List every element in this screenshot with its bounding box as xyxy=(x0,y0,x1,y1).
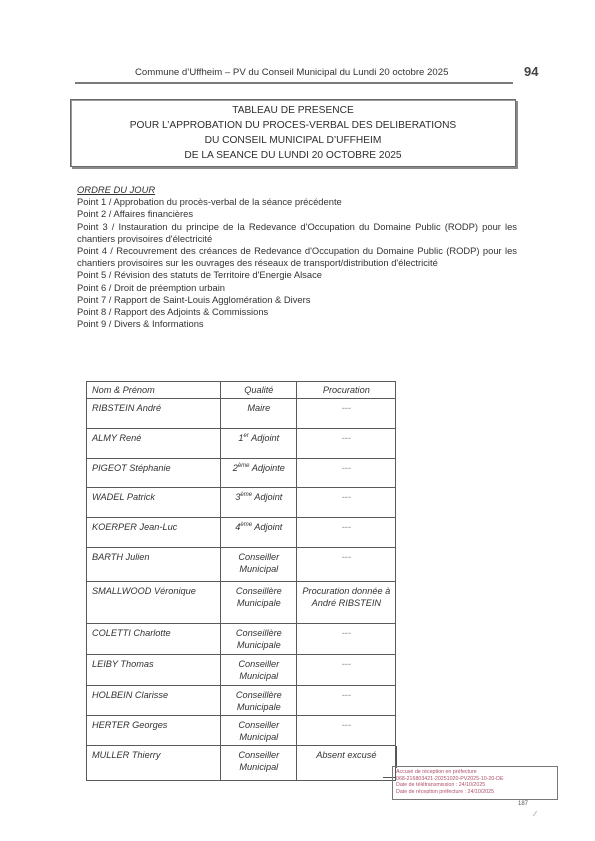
header-divider xyxy=(75,82,513,84)
qualite-rank-suffix: ème xyxy=(240,492,252,498)
folio-number: 187 xyxy=(518,801,528,807)
qualite-title: Conseiller Municipal xyxy=(238,552,279,574)
agenda-item: Point 6 / Droit de préemption urbain xyxy=(77,282,517,294)
member-procuration: --- xyxy=(296,429,395,459)
table-row: HERTER GeorgesConseiller Municipal--- xyxy=(87,716,396,746)
member-name: HERTER Georges xyxy=(87,716,221,746)
member-name: WADEL Patrick xyxy=(87,488,221,518)
member-name: HOLBEIN Clarisse xyxy=(87,686,221,716)
table-row: BARTH JulienConseiller Municipal--- xyxy=(87,548,396,582)
presence-table: Nom & Prénom Qualité Procuration RIBSTEI… xyxy=(86,381,396,781)
member-procuration: --- xyxy=(296,716,395,746)
qualite-title: Conseillère Municipale xyxy=(236,690,282,712)
agenda-title: ORDRE DU JOUR xyxy=(77,184,517,196)
member-procuration: --- xyxy=(296,686,395,716)
agenda-item: Point 4 / Recouvrement des créances de R… xyxy=(77,245,517,269)
qualite-title: Adjointe xyxy=(250,463,285,473)
table-row: SMALLWOOD VéroniqueConseillère Municipal… xyxy=(87,582,396,624)
table-row: RIBSTEIN AndréMaire--- xyxy=(87,399,396,429)
member-qualite: Conseiller Municipal xyxy=(220,716,296,746)
member-qualite: Conseillère Municipale xyxy=(220,624,296,655)
title-box: TABLEAU DE PRESENCE POUR L’APPROBATION D… xyxy=(70,99,516,167)
qualite-title: Conseillère Municipale xyxy=(236,628,282,650)
qualite-rank-suffix: ème xyxy=(240,522,252,528)
member-name: LEIBY Thomas xyxy=(87,655,221,686)
agenda-item: Point 5 / Révision des statuts de Territ… xyxy=(77,269,517,281)
member-name: SMALLWOOD Véronique xyxy=(87,582,221,624)
title-line: TABLEAU DE PRESENCE xyxy=(232,103,354,118)
member-name: MULLER Thierry xyxy=(87,746,221,781)
member-qualite: Conseiller Municipal xyxy=(220,655,296,686)
qualite-rank-suffix: ème xyxy=(238,463,250,469)
qualite-title: Conseiller Municipal xyxy=(238,720,279,742)
member-procuration: Procuration donnée à André RIBSTEIN xyxy=(296,582,395,624)
qualite-title: Adjoint xyxy=(252,492,282,502)
member-procuration: --- xyxy=(296,655,395,686)
agenda-item: Point 8 / Rapport des Adjoints & Commiss… xyxy=(77,306,517,318)
table-row: MULLER ThierryConseiller MunicipalAbsent… xyxy=(87,746,396,781)
table-row: LEIBY ThomasConseiller Municipal--- xyxy=(87,655,396,686)
prefecture-stamp: Accusé de réception en préfecture 068-21… xyxy=(392,766,558,800)
member-qualite: Conseiller Municipal xyxy=(220,548,296,582)
qualite-title: Conseillère Municipale xyxy=(236,586,282,608)
member-name: COLETTI Charlotte xyxy=(87,624,221,655)
column-header-name: Nom & Prénom xyxy=(87,382,221,399)
member-procuration: --- xyxy=(296,459,395,488)
column-header-qualite: Qualité xyxy=(220,382,296,399)
agenda-item: Point 9 / Divers & Informations xyxy=(77,318,517,330)
stamp-line: Accusé de réception en préfecture xyxy=(396,769,554,776)
qualite-title: Adjoint xyxy=(249,433,279,443)
title-line: DU CONSEIL MUNICIPAL D’UFFHEIM xyxy=(205,133,382,148)
table-row: KOERPER Jean-Luc4ème Adjoint--- xyxy=(87,518,396,548)
running-header: Commune d’Uffheim – PV du Conseil Munici… xyxy=(135,67,448,78)
stamp-line: Date de télétransmission : 24/10/2025 xyxy=(396,782,554,789)
agenda-item: Point 2 / Affaires financières xyxy=(77,208,517,220)
stamp-line: Date de réception préfecture : 24/10/202… xyxy=(396,789,554,796)
member-qualite: Conseillère Municipale xyxy=(220,582,296,624)
stamp-line: 068-216803421-20251020-PV2025-10-20-DE xyxy=(396,776,554,783)
table-row: PIGEOT Stéphanie2ème Adjointe--- xyxy=(87,459,396,488)
agenda-item: Point 1 / Approbation du procès-verbal d… xyxy=(77,196,517,208)
agenda-item: Point 3 / Instauration du principe de la… xyxy=(77,221,517,245)
title-line: POUR L’APPROBATION DU PROCES-VERBAL DES … xyxy=(130,118,456,133)
qualite-title: Conseiller Municipal xyxy=(238,750,279,772)
qualite-title: Adjoint xyxy=(252,522,282,532)
pen-mark xyxy=(533,811,537,816)
qualite-title: Maire xyxy=(247,403,270,413)
member-qualite: 1er Adjoint xyxy=(220,429,296,459)
page-number: 94 xyxy=(524,64,538,79)
member-name: KOERPER Jean-Luc xyxy=(87,518,221,548)
stamp-connector xyxy=(396,746,397,768)
member-qualite: 4ème Adjoint xyxy=(220,518,296,548)
member-qualite: Maire xyxy=(220,399,296,429)
member-procuration: --- xyxy=(296,624,395,655)
table-row: WADEL Patrick3ème Adjoint--- xyxy=(87,488,396,518)
agenda-item: Point 7 / Rapport de Saint-Louis Agglomé… xyxy=(77,294,517,306)
column-header-procuration: Procuration xyxy=(296,382,395,399)
table-row: COLETTI CharlotteConseillère Municipale-… xyxy=(87,624,396,655)
member-qualite: 3ème Adjoint xyxy=(220,488,296,518)
member-procuration: Absent excusé xyxy=(296,746,395,781)
member-name: RIBSTEIN André xyxy=(87,399,221,429)
member-qualite: Conseiller Municipal xyxy=(220,746,296,781)
member-procuration: --- xyxy=(296,548,395,582)
table-row: HOLBEIN ClarisseConseillère Municipale--… xyxy=(87,686,396,716)
member-name: PIGEOT Stéphanie xyxy=(87,459,221,488)
table-header-row: Nom & Prénom Qualité Procuration xyxy=(87,382,396,399)
member-qualite: Conseillère Municipale xyxy=(220,686,296,716)
member-name: ALMY René xyxy=(87,429,221,459)
title-line: DE LA SEANCE DU LUNDI 20 OCTOBRE 2025 xyxy=(184,148,401,163)
qualite-title: Conseiller Municipal xyxy=(238,659,279,681)
member-name: BARTH Julien xyxy=(87,548,221,582)
table-row: ALMY René1er Adjoint--- xyxy=(87,429,396,459)
member-procuration: --- xyxy=(296,488,395,518)
member-procuration: --- xyxy=(296,518,395,548)
member-procuration: --- xyxy=(296,399,395,429)
member-qualite: 2ème Adjointe xyxy=(220,459,296,488)
agenda: ORDRE DU JOUR Point 1 / Approbation du p… xyxy=(77,184,517,330)
